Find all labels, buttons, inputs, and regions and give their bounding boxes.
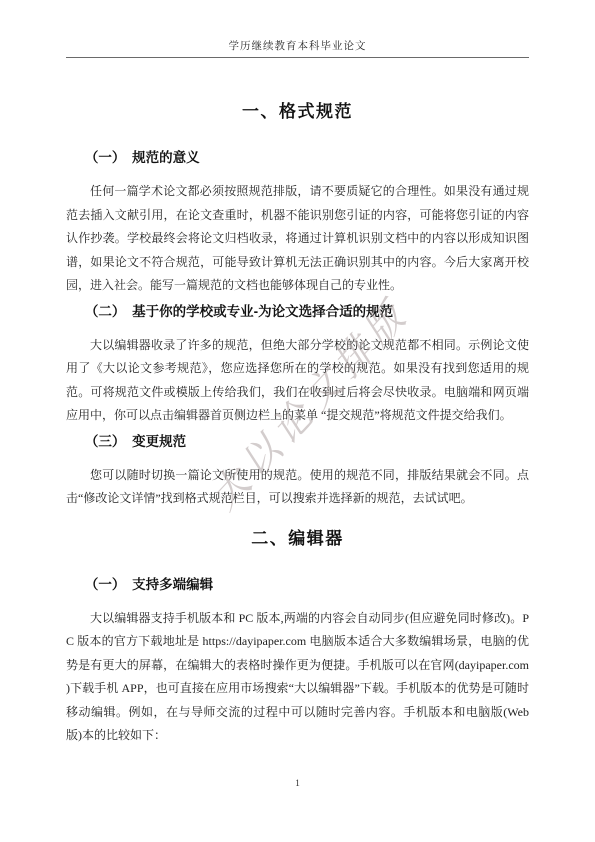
document-page: 学历继续教育本科毕业论文 大以论文排版 一、格式规范 （一） 规范的意义 任何一… [0,0,595,842]
section-title-format-standards: 一、格式规范 [66,100,529,124]
subsection-heading-multi-device-editing: （一） 支持多端编辑 [66,575,529,594]
paragraph-change-standard: 您可以随时切换一篇论文所使用的规范。使用的规范不同，排版结果就会不同。点击“修改… [66,464,529,511]
page-footer: 1 [0,779,595,789]
paragraph-choose-standard: 大以编辑器收录了许多的规范，但绝大部分学校的论文规范都不相同。示例论文使用了《大… [66,334,529,428]
document-content: 一、格式规范 （一） 规范的意义 任何一篇学术论文都必须按照规范排版，请不要质疑… [66,100,529,748]
subsection-heading-meaning-of-standards: （一） 规范的意义 [66,148,529,167]
page-header: 学历继续教育本科毕业论文 [66,38,529,58]
subsection-heading-change-standard: （三） 变更规范 [66,432,529,451]
header-title-text: 学历继续教育本科毕业论文 [229,41,367,52]
paragraph-meaning-of-standards: 任何一篇学术论文都必须按照规范排版，请不要质疑它的合理性。如果没有通过规范去插入… [66,180,529,298]
paragraph-multi-device-editing: 大以编辑器支持手机版本和 PC 版本,两端的内容会自动同步(但应避免同时修改)。… [66,607,529,748]
subsection-heading-choose-standard: （二） 基于你的学校或专业-为论文选择合适的规范 [66,302,529,321]
page-number: 1 [295,779,300,789]
section-title-editor: 二、编辑器 [66,527,529,551]
